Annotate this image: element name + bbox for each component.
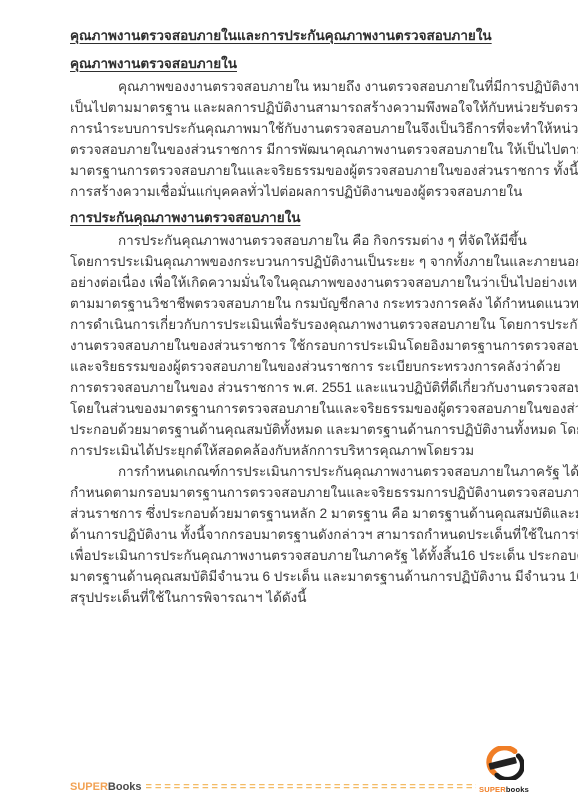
document-body: คุณภาพงานตรวจสอบภายในและการประกันคุณภาพง… <box>70 25 514 608</box>
text-line: อย่างต่อเนื่อง เพื่อให้เกิดความมั่นใจในค… <box>70 272 514 293</box>
text-line: การดำเนินการเกี่ยวกับการประเมินเพื่อรับร… <box>70 314 514 335</box>
text-line: งานตรวจสอบภายในของส่วนราชการ ใช้กรอบการป… <box>70 335 514 356</box>
text-line: โดยในส่วนของมาตรฐานการตรวจสอบภายในและจริ… <box>70 398 514 419</box>
superbooks-logo: SUPERbooks <box>480 746 528 794</box>
superbooks-swoosh-icon <box>484 746 524 785</box>
section-heading-assurance: การประกันคุณภาพงานตรวจสอบภายใน <box>70 207 514 228</box>
text-line: ประกอบด้วยมาตรฐานด้านคุณสมบัติทั้งหมด แล… <box>70 419 514 440</box>
logo-text-suffix: books <box>506 785 529 794</box>
text-line: การประกันคุณภาพงานตรวจสอบภายใน คือ กิจกร… <box>70 230 514 251</box>
footer-brand: SUPERBooks <box>70 780 142 794</box>
text-line: กำหนดตามกรอบมาตรฐานการตรวจสอบภายในและจริ… <box>70 482 514 503</box>
text-line: ตรวจสอบภายในของส่วนราชการ มีการพัฒนาคุณภ… <box>70 139 514 160</box>
text-line: การสร้างความเชื่อมั่นแก่บุคคลทั่วไปต่อผล… <box>70 181 514 202</box>
text-line: ส่วนราชการ ซึ่งประกอบด้วยมาตรฐานหลัก 2 ม… <box>70 503 514 524</box>
footer-dashed-divider: ========================================… <box>146 780 476 794</box>
page-title: คุณภาพงานตรวจสอบภายในและการประกันคุณภาพง… <box>70 25 514 46</box>
text-line: การประเมินได้ประยุกต์ให้สอดคล้องกับหลักก… <box>70 440 514 461</box>
text-line: โดยการประเมินคุณภาพของกระบวนการปฏิบัติงา… <box>70 251 514 272</box>
page-footer: SUPERBooks =============================… <box>70 746 528 794</box>
text-line: ตามมาตรฐานวิชาชีพตรวจสอบภายใน กรมบัญชีกล… <box>70 293 514 314</box>
paragraph: การกำหนดเกณฑ์การประเมินการประกันคุณภาพงา… <box>70 461 514 608</box>
paragraph: การประกันคุณภาพงานตรวจสอบภายใน คือ กิจกร… <box>70 230 514 461</box>
paragraph: คุณภาพของงานตรวจสอบภายใน หมายถึง งานตรวจ… <box>70 76 514 202</box>
text-line: สรุปประเด็นที่ใช้ในการพิจารณาฯ ได้ดังนี้ <box>70 587 514 608</box>
text-line: การนำระบบการประกันคุณภาพมาใช้กับงานตรวจส… <box>70 118 514 139</box>
text-line: ด้านการปฏิบัติงาน ทั้งนี้จากกรอบมาตรฐานด… <box>70 524 514 545</box>
text-line: และจริยธรรมของผู้ตรวจสอบภายในของส่วนราชก… <box>70 356 514 377</box>
section-heading-quality: คุณภาพงานตรวจสอบภายใน <box>70 53 514 74</box>
footer-brand-suffix: Books <box>108 781 142 793</box>
text-line: การกำหนดเกณฑ์การประเมินการประกันคุณภาพงา… <box>70 461 514 482</box>
superbooks-logo-text: SUPERbooks <box>479 785 529 794</box>
text-line: มาตรฐานการตรวจสอบภายในและจริยธรรมของผู้ต… <box>70 160 514 181</box>
text-line: เพื่อประเมินการประกันคุณภาพงานตรวจสอบภาย… <box>70 545 514 566</box>
footer-brand-prefix: SUPER <box>70 781 108 793</box>
text-line: เป็นไปตามมาตรฐาน และผลการปฏิบัติงานสามาร… <box>70 97 514 118</box>
document-page: คุณภาพงานตรวจสอบภายในและการประกันคุณภาพง… <box>0 0 578 801</box>
logo-text-prefix: SUPER <box>479 785 506 794</box>
text-line: การตรวจสอบภายในของ ส่วนราชการ พ.ศ. 2551 … <box>70 377 514 398</box>
text-line: คุณภาพของงานตรวจสอบภายใน หมายถึง งานตรวจ… <box>70 76 514 97</box>
text-line: มาตรฐานด้านคุณสมบัติมีจำนวน 6 ประเด็น แล… <box>70 566 514 587</box>
